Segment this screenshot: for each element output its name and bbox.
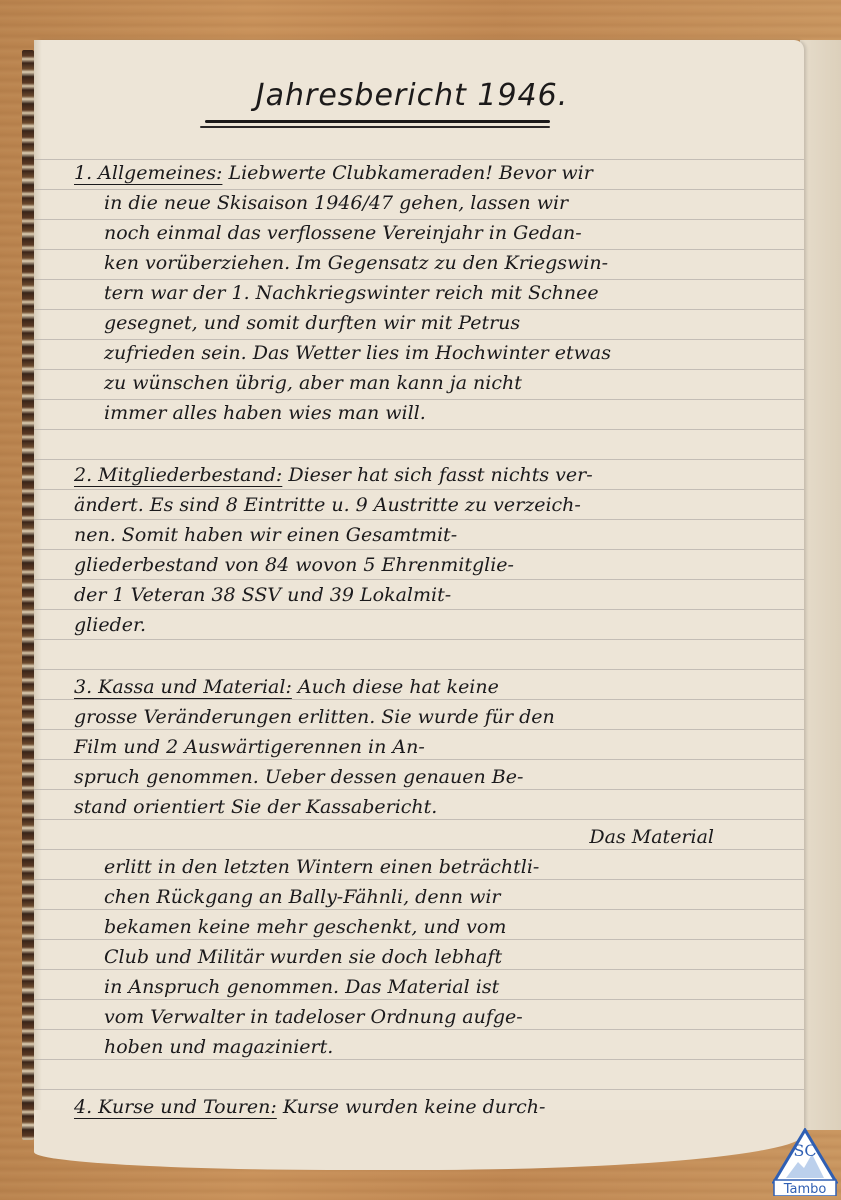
text-line: tern war der 1. Nachkriegswinter reich m… <box>74 278 734 308</box>
svg-text:Tambo: Tambo <box>783 1182 827 1196</box>
section-first-line: 1. Allgemeines: Liebwerte Clubkameraden!… <box>74 158 734 188</box>
section-first-line: 2. Mitgliederbestand: Dieser hat sich fa… <box>74 460 734 490</box>
text-line: grosse Veränderungen erlitten. Sie wurde… <box>74 702 734 732</box>
page-title: Jahresbericht 1946. <box>222 78 602 113</box>
text-line: nen. Somit haben wir einen Gesamtmit- <box>74 520 734 550</box>
text-line: ken vorüberziehen. Im Gegensatz zu den K… <box>74 248 734 278</box>
text-line: ändert. Es sind 8 Eintritte u. 9 Austrit… <box>74 490 734 520</box>
text-line: in die neue Skisaison 1946/47 gehen, las… <box>74 188 734 218</box>
mountain-triangle-icon: SC Tambo <box>772 1128 838 1196</box>
text-line: Dieser hat sich fasst nichts ver- <box>288 464 592 486</box>
text-line: gesegnet, und somit durften wir mit Petr… <box>74 308 734 338</box>
text-line: Liebwerte Clubkameraden! Bevor wir <box>228 162 592 184</box>
text-line: vom Verwalter in tadeloser Ordnung aufge… <box>74 1002 734 1032</box>
text-line: Film und 2 Auswärtigerennen in An- <box>74 732 734 762</box>
text-line: zu wünschen übrig, aber man kann ja nich… <box>74 368 734 398</box>
section-first-line: 3. Kassa und Material: Auch diese hat ke… <box>74 672 734 702</box>
text-line: der 1 Veteran 38 SSV und 39 Lokalmit- <box>74 580 734 610</box>
text-line: immer alles haben wies man will. <box>74 398 734 428</box>
title-underline-second <box>200 126 550 128</box>
text-line: Club und Militär wurden sie doch lebhaft <box>74 942 734 972</box>
text-line: spruch genommen. Ueber dessen genauen Be… <box>74 762 734 792</box>
text-line: Das Material <box>74 822 734 852</box>
text-line: Kurse wurden keine durch- <box>283 1096 546 1118</box>
text-line: bekamen keine mehr geschenkt, und vom <box>74 912 734 942</box>
text-line: chen Rückgang an Bally-Fähnli, denn wir <box>74 882 734 912</box>
section-first-line: 4. Kurse und Touren: Kurse wurden keine … <box>74 1092 734 1122</box>
section-kurse-touren: 4. Kurse und Touren: Kurse wurden keine … <box>74 1092 734 1122</box>
text-line: in Anspruch genommen. Das Material ist <box>74 972 734 1002</box>
section-heading: 1. Allgemeines: <box>74 162 222 184</box>
text-line: stand orientiert Sie der Kassabericht. <box>74 792 734 822</box>
section-heading: 2. Mitgliederbestand: <box>74 464 282 486</box>
handwritten-content: Jahresbericht 1946. 1. Allgemeines: Lieb… <box>0 0 841 1200</box>
section-heading: 3. Kassa und Material: <box>74 676 292 698</box>
title-underline <box>205 120 550 123</box>
text-line: hoben und magaziniert. <box>74 1032 734 1062</box>
text-line: noch einmal das verflossene Vereinjahr i… <box>74 218 734 248</box>
section-kassa-material: 3. Kassa und Material: Auch diese hat ke… <box>74 672 734 1062</box>
svg-text:SC: SC <box>793 1141 816 1160</box>
section-mitgliederbestand: 2. Mitgliederbestand: Dieser hat sich fa… <box>74 460 734 640</box>
section-heading: 4. Kurse und Touren: <box>74 1096 277 1118</box>
text-line: zufrieden sein. Das Wetter lies im Hochw… <box>74 338 734 368</box>
section-allgemeines: 1. Allgemeines: Liebwerte Clubkameraden!… <box>74 158 734 428</box>
text-line: erlitt in den letzten Wintern einen betr… <box>74 852 734 882</box>
text-line: glieder. <box>74 610 734 640</box>
sc-tambo-logo: SC Tambo <box>772 1128 838 1196</box>
text-line: gliederbestand von 84 wovon 5 Ehrenmitgl… <box>74 550 734 580</box>
text-line: Auch diese hat keine <box>298 676 499 698</box>
